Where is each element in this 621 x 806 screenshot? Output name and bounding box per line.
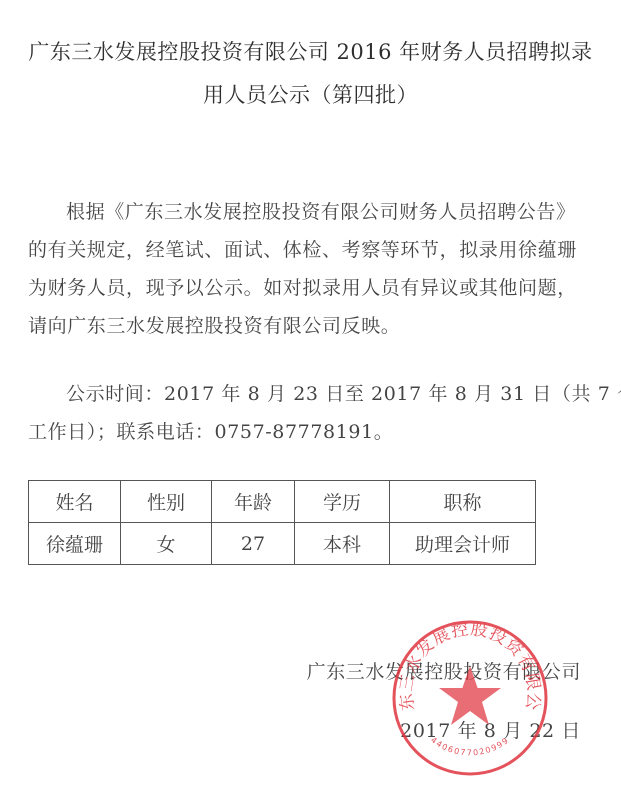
cell-gender: 女 — [121, 523, 212, 565]
cell-education: 本科 — [295, 523, 390, 565]
cell-age: 27 — [212, 523, 295, 565]
table-row: 徐蕴珊 女 27 本科 助理会计师 — [29, 523, 536, 565]
signature-company: 广东三水发展控股投资有限公司 — [307, 657, 581, 684]
paragraph-line: 请向广东三水发展控股投资有限公司反映。 — [28, 307, 594, 345]
publicity-period-paragraph: 公示时间：2017 年 8 月 23 日至 2017 年 8 月 31 日（共 … — [28, 375, 594, 451]
paragraph-line: 的有关规定，经笔试、面试、体检、考察等环节，拟录用徐蕴珊 — [28, 231, 594, 269]
paragraph-line: 为财务人员，现予以公示。如对拟录用人员有异议或其他问题， — [28, 269, 594, 307]
header-cell-title: 职称 — [390, 481, 536, 523]
paragraph-line: 公示时间：2017 年 8 月 23 日至 2017 年 8 月 31 日（共 … — [28, 375, 594, 413]
header-cell-age: 年龄 — [212, 481, 295, 523]
announcement-paragraph: 根据《广东三水发展控股投资有限公司财务人员招聘公告》 的有关规定，经笔试、面试、… — [28, 193, 594, 345]
paragraph-line: 根据《广东三水发展控股投资有限公司财务人员招聘公告》 — [28, 193, 594, 231]
table-header-row: 姓名 性别 年龄 学历 职称 — [29, 481, 536, 523]
header-cell-name: 姓名 — [29, 481, 121, 523]
header-cell-gender: 性别 — [121, 481, 212, 523]
paragraph-line: 工作日）；联系电话：0757-87778191。 — [28, 413, 594, 451]
candidate-table: 姓名 性别 年龄 学历 职称 徐蕴珊 女 27 本科 助理会计师 — [28, 480, 536, 565]
official-seal-icon: 广东三水发展控股投资有限公司 4406077020999 — [390, 618, 550, 778]
document-title-line2: 用人员公示（第四批） — [0, 79, 621, 109]
header-cell-education: 学历 — [295, 481, 390, 523]
signature-date: 2017 年 8 月 22 日 — [400, 716, 581, 743]
document-title-line1: 广东三水发展控股投资有限公司 2016 年财务人员招聘拟录 — [0, 36, 621, 66]
cell-title: 助理会计师 — [390, 523, 536, 565]
cell-name: 徐蕴珊 — [29, 523, 121, 565]
